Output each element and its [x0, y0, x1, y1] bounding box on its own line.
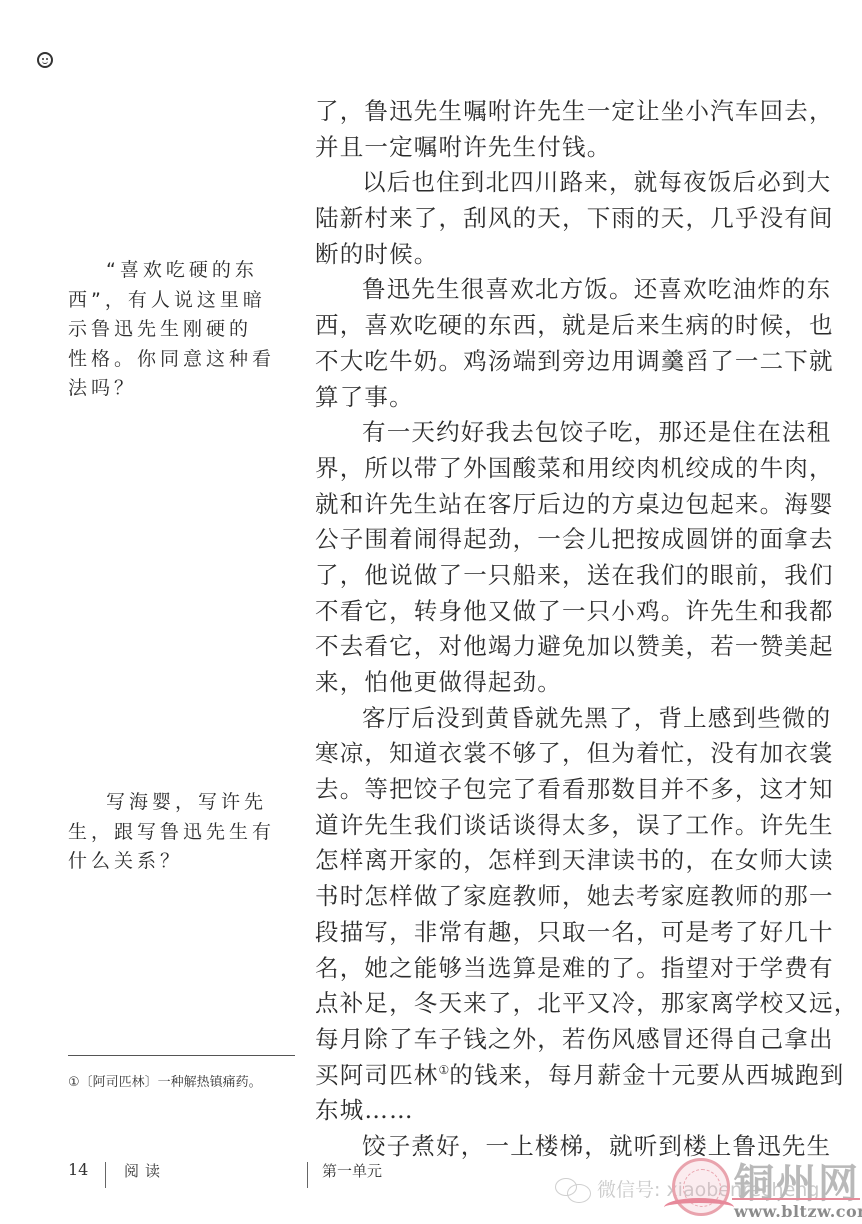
main-body-text: 了，鲁迅先生嘱咐许先生一定让坐小汽车回去，并且一定嘱咐许先生付钱。以后也住到北四… — [315, 94, 755, 1165]
footer-divider — [307, 1162, 308, 1188]
text-line: 鲁迅先生很喜欢北方饭。还喜欢吃油炸的东 — [315, 272, 755, 308]
text-line: 书时怎样做了家庭教师，她去考家庭教师的那一 — [315, 879, 755, 915]
text-line: 并且一定嘱咐许先生付钱。 — [315, 130, 755, 166]
text-line: 了，鲁迅先生嘱咐许先生一定让坐小汽车回去， — [315, 94, 755, 130]
text-line: 怎样离开家的，怎样到天津读书的，在女师大读 — [315, 843, 755, 879]
text-line: 示鲁迅先生刚硬的 — [68, 315, 268, 345]
text-line: 买阿司匹林①的钱来，每月薪金十元要从西城跑到 — [315, 1058, 755, 1094]
footer-divider — [105, 1162, 106, 1188]
text-line: 写海婴，写许先 — [68, 788, 268, 818]
text-line: 来，怕他更做得起劲。 — [315, 665, 755, 701]
footnote: ①〔阿司匹林〕一种解热镇痛药。 — [68, 1071, 262, 1090]
text-line: 不大吃牛奶。鸡汤端到旁边用调羹舀了一二下就 — [315, 344, 755, 380]
text-line: “喜欢吃硬的东 — [68, 256, 268, 286]
logo-url: www.bltzw.com — [734, 1202, 862, 1221]
margin-note-2: 写海婴，写许先生，跟写鲁迅先生有什么关系？ — [68, 788, 268, 877]
text-line: 段描写，非常有趣，只取一名，可是考了好几十 — [315, 915, 755, 951]
text-line: 界，所以带了外国酸菜和用绞肉机绞成的牛肉， — [315, 451, 755, 487]
text-line: 性格。你同意这种看 — [68, 345, 268, 375]
text-line: 客厅后没到黄昏就先黑了，背上感到些微的 — [315, 701, 755, 737]
site-logo-watermark: 铜州网 www.bltzw.com — [672, 1152, 862, 1224]
margin-note-1: “喜欢吃硬的东西”，有人说这里暗示鲁迅先生刚硬的性格。你同意这种看法吗？ — [68, 256, 268, 404]
text-line: 以后也住到北四川路来，就每夜饭后必到大 — [315, 165, 755, 201]
footnote-marker: ① — [439, 1063, 450, 1077]
unit-label: 第一单元 — [322, 1160, 382, 1181]
wave-ribbon-icon — [664, 1198, 734, 1217]
text-line: 点补足，冬天来了，北平又冷，那家离学校又远， — [315, 986, 755, 1022]
page-footer: 14 阅读 第一单元 微信号: xiaobenrecheng 铜州网 www.b… — [0, 1150, 862, 1224]
text-line: 算了事。 — [315, 380, 755, 416]
text-line: 生，跟写鲁迅先生有 — [68, 818, 268, 848]
section-label: 阅读 — [124, 1160, 166, 1181]
wechat-icon — [555, 1176, 591, 1202]
text-line: 西，喜欢吃硬的东西，就是后来生病的时候，也 — [315, 308, 755, 344]
text-line: 什么关系？ — [68, 847, 268, 877]
text-line: 不看它，转身他又做了一只小鸡。许先生和我都 — [315, 594, 755, 630]
text-line: 有一天约好我去包饺子吃，那还是住在法租 — [315, 415, 755, 451]
text-line: 就和许先生站在客厅后边的方桌边包起来。海婴 — [315, 487, 755, 523]
text-line: 陆新村来了，刮风的天，下雨的天，几乎没有间 — [315, 201, 755, 237]
text-line: 寒凉，知道衣裳不够了，但为着忙，没有加衣裳 — [315, 736, 755, 772]
text-line: 名，她之能够当选算是难的了。指望对于学费有 — [315, 951, 755, 987]
text-line: 道许先生我们谈话谈得太多，误了工作。许先生 — [315, 808, 755, 844]
text-line: 公子围着闹得起劲，一会儿把按成圆饼的面拿去 — [315, 522, 755, 558]
text-line: 东城…… — [315, 1093, 755, 1129]
footnote-divider — [68, 1055, 295, 1056]
logo-underline — [732, 1198, 860, 1200]
page-number: 14 — [68, 1160, 88, 1179]
text-line: 断的时候。 — [315, 237, 755, 273]
text-line: 不去看它，对他竭力避免加以赞美，若一赞美起 — [315, 629, 755, 665]
text-line: 去。等把饺子包完了看看那数目并不多，这才知 — [315, 772, 755, 808]
text-line: 每月除了车子钱之外，若伤风感冒还得自己拿出 — [315, 1022, 755, 1058]
smiley-face-icon — [37, 52, 53, 68]
logo-title: 铜州网 — [734, 1152, 860, 1209]
text-line: 了，他说做了一只船来，送在我们的眼前，我们 — [315, 558, 755, 594]
text-line: 西”，有人说这里暗 — [68, 286, 268, 316]
text-line: 法吗？ — [68, 374, 268, 404]
